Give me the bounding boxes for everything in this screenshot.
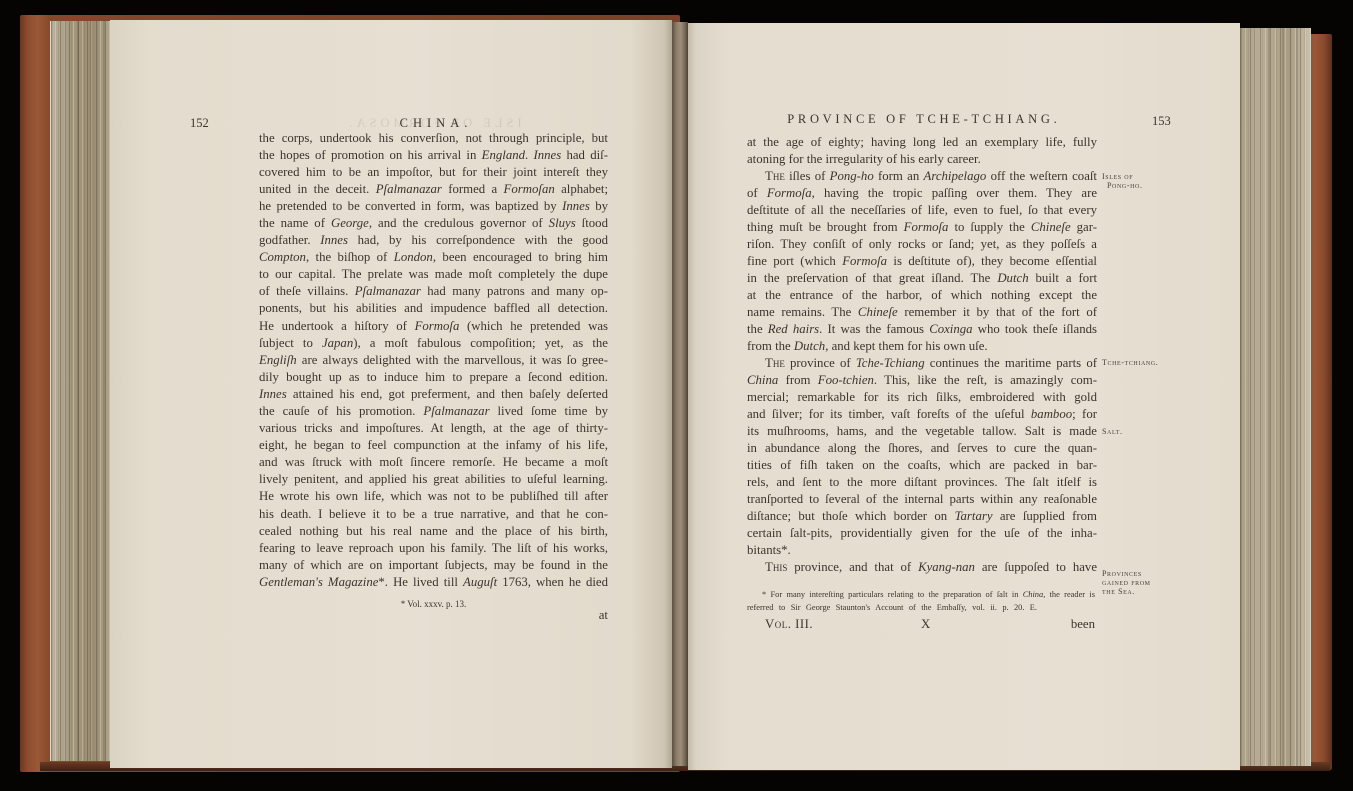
- text-run: eight, he began to feel compunction at t…: [259, 438, 608, 452]
- text-run: fine port (which: [747, 254, 842, 268]
- text-run: *. He lived till: [378, 575, 463, 589]
- text-line: dily bought up as to induce him to prepa…: [259, 369, 608, 386]
- page-number: 153: [1152, 113, 1171, 130]
- page-number: 152: [190, 115, 209, 132]
- italic-text: Red hairs: [768, 322, 819, 336]
- italic-text: bamboo: [1031, 407, 1072, 421]
- text-line: in abundance along the ſhores, and ſerve…: [747, 440, 1097, 457]
- text-line: at the entrance of the harbor, of which …: [747, 287, 1097, 304]
- text-run: is deſtitute of), they become eſſential: [887, 254, 1097, 268]
- text-run: , and the credulous governor of: [369, 216, 549, 230]
- text-line: and ſilver; for its timber, vaſt foreſts…: [747, 406, 1097, 423]
- text-line: deſtitute of all the neceſſaries of life…: [747, 202, 1097, 219]
- text-run: mercial; remarkable for its rich ſilks, …: [747, 390, 1097, 404]
- text-run: remember it by that of the fort of: [898, 305, 1097, 319]
- italic-text: Pſalmanazar: [355, 284, 421, 298]
- text-run: He wrote his own life, which was not to …: [259, 489, 608, 503]
- text-line: eight, he began to feel compunction at t…: [259, 437, 608, 454]
- italic-text: Dutch: [794, 339, 825, 353]
- text-line: This province, and that of Kyang-nan are…: [747, 559, 1097, 576]
- italic-text: Archipelago: [924, 169, 987, 183]
- text-line: many of which are on important ſubjects,…: [259, 557, 608, 574]
- page-edges-right: [1240, 28, 1311, 766]
- italic-text: Kyang-nan: [918, 560, 975, 574]
- text-run: are ſuppoſed to have: [975, 560, 1097, 574]
- text-line: lively penitent, and applied his great a…: [259, 471, 608, 488]
- italic-text: Innes: [320, 233, 348, 247]
- text-run: various tricks and impoſtures. At length…: [259, 421, 608, 435]
- page-edges-left: [50, 21, 111, 761]
- margin-note-line: Tche-tchiang.: [1102, 358, 1158, 367]
- text-run: formed a: [442, 182, 504, 196]
- text-run: attained his end, got preferment, and th…: [287, 387, 608, 401]
- text-line: China from Foo-tchien. This, like the re…: [747, 372, 1097, 389]
- text-run: diſtance; but thoſe which border on: [747, 509, 955, 523]
- text-run: , been encouraged to bring him: [433, 250, 608, 264]
- text-run: , the biſhop of: [306, 250, 394, 264]
- text-run: tities of fiſh taken on the coaſts, whic…: [747, 458, 1097, 472]
- text-run: in abundance along the ſhores, and ſerve…: [747, 441, 1097, 455]
- text-run: had, by his correſpondence with the good: [348, 233, 608, 247]
- text-run: ſubject to: [259, 336, 322, 350]
- text-run: to ſupply the: [948, 220, 1030, 234]
- italic-text: Dutch: [997, 271, 1028, 285]
- text-run: riſon. They conſiſt of only rocks or ſan…: [747, 237, 1097, 251]
- text-run: from the: [747, 339, 794, 353]
- italic-text: London: [394, 250, 433, 264]
- text-line: Gentleman's Magazine*. He lived till Aug…: [259, 574, 608, 591]
- text-run: ſtood: [576, 216, 608, 230]
- text-run: at the age of eighty; having long led an…: [747, 135, 1097, 149]
- text-run: godfather.: [259, 233, 320, 247]
- text-line: ſubject to Japan), a moſt fabulous compo…: [259, 335, 608, 352]
- text-line: united in the deceit. Pſalmanazar formed…: [259, 181, 608, 198]
- text-run: who took theſe iſlands: [973, 322, 1097, 336]
- text-run: , and kept them for his own uſe.: [825, 339, 987, 353]
- text-line: ponents, but his abilities and impudence…: [259, 300, 608, 317]
- text-line: of theſe villains. Pſalmanazar had many …: [259, 283, 608, 300]
- footnote-line: * For many intereſting particulars relat…: [747, 588, 1095, 601]
- text-run: of theſe villains.: [259, 284, 355, 298]
- text-line: bitants*.: [747, 542, 1097, 559]
- text-run: fearing to leave reproach upon his famil…: [259, 541, 608, 555]
- text-line: covered him to be an impoſtor, but for t…: [259, 164, 608, 181]
- italic-text: Pong-ho: [830, 169, 874, 183]
- italic-text: Formoſa: [767, 186, 812, 200]
- text-run: name remains. The: [747, 305, 858, 319]
- italic-text: Formoſa: [842, 254, 887, 268]
- text-run: , having the tropic paſſing over them. T…: [812, 186, 1097, 200]
- text-run: rels, and ſent to the more diſtant provi…: [747, 475, 1097, 489]
- text-run: had diſ-: [561, 148, 608, 162]
- text-line: He undertook a hiſtory of Formoſa (which…: [259, 318, 608, 335]
- italic-text: Sluys: [549, 216, 576, 230]
- text-line: the hopes of promotion on his arrival in…: [259, 147, 608, 164]
- text-run: had many patrons and many op-: [421, 284, 608, 298]
- text-line: mercial; remarkable for its rich ſilks, …: [747, 389, 1097, 406]
- text-line: of Formoſa, having the tropic paſſing ov…: [747, 185, 1097, 202]
- text-run: thing muſt be brought from: [747, 220, 904, 234]
- text-run: covered him to be an impoſtor, but for t…: [259, 165, 608, 179]
- text-run: dily bought up as to induce him to prepa…: [259, 370, 608, 384]
- text-line: from the Dutch, and kept them for his ow…: [747, 338, 1097, 355]
- text-run: and ſilver; for its timber, vaſt foreſts…: [747, 407, 1031, 421]
- text-run: are always delighted with the marvellous…: [297, 353, 608, 367]
- text-line: fearing to leave reproach upon his famil…: [259, 540, 608, 557]
- text-line: tranſported to ſeveral of the internal p…: [747, 491, 1097, 508]
- margin-note-salt: Salt.: [1102, 427, 1123, 436]
- text-line: atoning for the irregularity of his earl…: [747, 151, 1097, 168]
- margin-note-line: Salt.: [1102, 427, 1123, 436]
- text-line: The province of Tche-Tchiang continues t…: [747, 355, 1097, 372]
- text-run: ; for: [1072, 407, 1097, 421]
- margin-note-line: Pong-ho.: [1102, 181, 1143, 190]
- text-line: cealed nothing but his real name and the…: [259, 523, 608, 540]
- text-line: tities of fiſh taken on the coaſts, whic…: [747, 457, 1097, 474]
- text-run: deſtitute of all the neceſſaries of life…: [747, 203, 1097, 217]
- text-run: 1763, when he died: [497, 575, 608, 589]
- text-run: from: [778, 373, 817, 387]
- italic-text: Auguſt: [463, 575, 497, 589]
- text-line: in the preſervation of that great iſland…: [747, 270, 1097, 287]
- text-run: iſles of: [785, 169, 830, 183]
- text-run: He undertook a hiſtory of: [259, 319, 415, 333]
- italic-text: Tche-Tchiang: [856, 356, 925, 370]
- italic-text: Chineſe: [1031, 220, 1071, 234]
- text-line: certain ſalt-pits, providentially given …: [747, 525, 1097, 542]
- margin-note-provinces-gained-from-the-sea: Provinces gained from the Sea.: [1102, 569, 1151, 596]
- text-run: and was ſtruck with moſt ſincere remorſe…: [259, 455, 608, 469]
- text-run: . This, like the reſt, is amazingly com-: [874, 373, 1097, 387]
- running-head: PROVINCE OF TCHE-TCHIANG.: [747, 111, 1097, 128]
- text-run: built a fort: [1029, 271, 1097, 285]
- text-line: Engliſh are always delighted with the ma…: [259, 352, 608, 369]
- italic-text: Formoſa: [904, 220, 949, 234]
- text-line: the name of George, and the credulous go…: [259, 215, 608, 232]
- text-run: ), a moſt fabulous compoſition; yet, as …: [353, 336, 608, 350]
- italic-text: Japan: [322, 336, 353, 350]
- text-run: atoning for the irregularity of his earl…: [747, 152, 981, 166]
- italic-text: Tartary: [955, 509, 993, 523]
- text-run: its muſhrooms, hams, and the vegetable t…: [747, 424, 1097, 438]
- italic-text: Coxinga: [929, 322, 972, 336]
- text-run: the cauſe of his promotion.: [259, 404, 423, 418]
- text-run: (which he pretended was: [459, 319, 608, 333]
- italic-text: China: [747, 373, 778, 387]
- text-run: he pretended to be converted in form, wa…: [259, 199, 562, 213]
- text-run: the name of: [259, 216, 331, 230]
- text-line: riſon. They conſiſt of only rocks or ſan…: [747, 236, 1097, 253]
- text-run: the corps, undertook his converſion, not…: [259, 131, 608, 145]
- catchword: at: [259, 607, 608, 624]
- italic-text: Pſalmanazar: [376, 182, 442, 196]
- volume-signature: Vol. III.: [765, 616, 813, 633]
- catchword: been: [1071, 616, 1095, 633]
- text-run: tranſported to ſeveral of the internal p…: [747, 492, 1097, 506]
- text-line: its muſhrooms, hams, and the vegetable t…: [747, 423, 1097, 440]
- text-run: cealed nothing but his real name and the…: [259, 524, 608, 538]
- text-run: by: [590, 199, 608, 213]
- small-caps-text: This: [765, 560, 787, 574]
- text-run: . It was the famous: [819, 322, 929, 336]
- text-line: The iſles of Pong-ho form an Archipelago…: [747, 168, 1097, 185]
- text-run: of: [747, 186, 767, 200]
- text-run: * For many intereſting particulars relat…: [762, 590, 1023, 599]
- italic-text: Formoſan: [504, 182, 555, 196]
- margin-note-tche-tchiang: Tche-tchiang.: [1102, 358, 1158, 367]
- text-line: the Red hairs. It was the famous Coxinga…: [747, 321, 1097, 338]
- margin-note-line: Provinces: [1102, 569, 1151, 578]
- text-line: at the age of eighty; having long led an…: [747, 134, 1097, 151]
- footnote: * For many intereſting particulars relat…: [747, 588, 1095, 614]
- signature-line: Vol. III. X been: [747, 616, 1095, 633]
- text-line: godfather. Innes had, by his correſponde…: [259, 232, 608, 249]
- footnote-line: referred to Sir George Staunton's Accoun…: [747, 601, 1037, 614]
- text-line: his death. I believe it to be a true nar…: [259, 506, 608, 523]
- text-line: he pretended to be converted in form, wa…: [259, 198, 608, 215]
- text-line: and was ſtruck with moſt ſincere remorſe…: [259, 454, 608, 471]
- left-page-text: the corps, undertook his converſion, not…: [259, 130, 608, 592]
- italic-text: Compton: [259, 250, 306, 264]
- text-run: at the entrance of the harbor, of which …: [747, 288, 1097, 302]
- italic-text: Innes: [259, 387, 287, 401]
- italic-text: Innes: [562, 199, 590, 213]
- text-run: province of: [785, 356, 856, 370]
- text-run: province, and that of: [787, 560, 918, 574]
- text-run: the: [747, 322, 768, 336]
- signature-mark: X: [921, 616, 930, 633]
- margin-note-line: the Sea.: [1102, 587, 1151, 596]
- text-run: .: [525, 148, 533, 162]
- text-line: thing muſt be brought from Formoſa to ſu…: [747, 219, 1097, 236]
- text-run: gar-: [1071, 220, 1097, 234]
- text-run: lively penitent, and applied his great a…: [259, 472, 608, 486]
- text-run: certain ſalt-pits, providentially given …: [747, 526, 1097, 540]
- italic-text: Innes: [534, 148, 562, 162]
- italic-text: Formoſa: [415, 319, 460, 333]
- book-gutter: [672, 22, 688, 766]
- italic-text: George: [331, 216, 369, 230]
- italic-text: Chineſe: [858, 305, 898, 319]
- text-line: Compton, the biſhop of London, been enco…: [259, 249, 608, 266]
- text-run: to our capital. The prelate was made moſ…: [259, 267, 608, 281]
- text-line: fine port (which Formoſa is deſtitute of…: [747, 253, 1097, 270]
- margin-note-line: gained from: [1102, 578, 1151, 587]
- italic-text: China: [1023, 590, 1043, 599]
- text-run: are ſupplied from: [993, 509, 1097, 523]
- italic-text: Engliſh: [259, 353, 297, 367]
- text-run: bitants*.: [747, 543, 791, 557]
- text-run: ponents, but his abilities and impudence…: [259, 301, 608, 315]
- text-line: Innes attained his end, got preferment, …: [259, 386, 608, 403]
- text-run: his death. I believe it to be a true nar…: [259, 507, 608, 521]
- text-line: to our capital. The prelate was made moſ…: [259, 266, 608, 283]
- text-line: rels, and ſent to the more diſtant provi…: [747, 474, 1097, 491]
- text-run: off the weſtern coaſt: [986, 169, 1097, 183]
- small-caps-text: The: [765, 356, 785, 370]
- text-run: in the preſervation of that great iſland…: [747, 271, 997, 285]
- text-run: lived ſome time by: [490, 404, 608, 418]
- text-line: the corps, undertook his converſion, not…: [259, 130, 608, 147]
- text-run: continues the maritime parts of: [925, 356, 1097, 370]
- text-run: the hopes of promotion on his arrival in: [259, 148, 482, 162]
- text-run: , the reader is: [1043, 590, 1095, 599]
- italic-text: Pſalmanazar: [423, 404, 489, 418]
- margin-note-isles-of-pong-ho: Isles of Pong-ho.: [1102, 172, 1143, 190]
- text-run: many of which are on important ſubjects,…: [259, 558, 608, 572]
- italic-text: Gentleman's Magazine: [259, 575, 378, 589]
- text-line: the cauſe of his promotion. Pſalmanazar …: [259, 403, 608, 420]
- italic-text: Foo-tchien: [818, 373, 874, 387]
- small-caps-text: The: [765, 169, 785, 183]
- text-run: united in the deceit.: [259, 182, 376, 196]
- right-page-text: at the age of eighty; having long led an…: [747, 134, 1097, 576]
- text-run: form an: [874, 169, 924, 183]
- text-line: diſtance; but thoſe which border on Tart…: [747, 508, 1097, 525]
- text-line: name remains. The Chineſe remember it by…: [747, 304, 1097, 321]
- italic-text: England: [482, 148, 525, 162]
- text-line: He wrote his own life, which was not to …: [259, 488, 608, 505]
- text-line: various tricks and impoſtures. At length…: [259, 420, 608, 437]
- margin-note-line: Isles of: [1102, 172, 1143, 181]
- text-run: alphabet;: [555, 182, 608, 196]
